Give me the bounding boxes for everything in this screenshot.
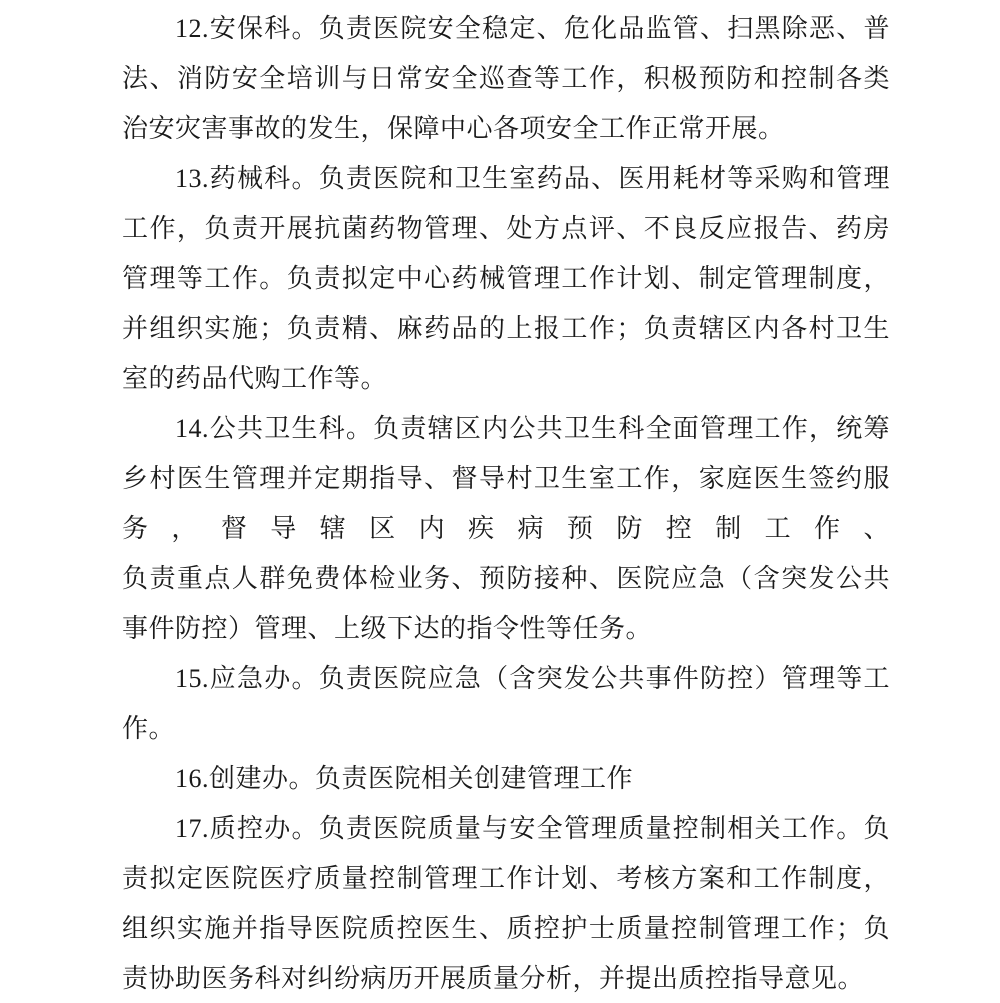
paragraph-item-13: 13.药械科。负责医院和卫生室药品、医用耗材等采购和管理工作，负责开展抗菌药物管…: [122, 154, 890, 404]
text-line: 并组织实施；负责精、麻药品的上报工作；负责辖区内各村卫生: [122, 304, 890, 354]
text-line: 组织实施并指导医院质控医生、质控护士质量控制管理工作；负: [122, 904, 890, 954]
text-line: 16.创建办。负责医院相关创建管理工作: [122, 754, 890, 804]
text-line: 务，督导辖区内疾病预防控制工作、流行病学的调查及健康宣传；: [122, 504, 890, 554]
paragraph-item-15: 15.应急办。负责医院应急（含突发公共事件防控）管理等工作。: [122, 654, 890, 754]
text-line: 乡村医生管理并定期指导、督导村卫生室工作，家庭医生签约服: [122, 454, 890, 504]
text-line: 事件防控）管理、上级下达的指令性等任务。: [122, 604, 890, 654]
text-line: 15.应急办。负责医院应急（含突发公共事件防控）管理等工: [122, 654, 890, 704]
paragraph-item-14: 14.公共卫生科。负责辖区内公共卫生科全面管理工作，统筹乡村医生管理并定期指导、…: [122, 404, 890, 654]
text-line: 责拟定医院医疗质量控制管理工作计划、考核方案和工作制度，: [122, 854, 890, 904]
text-line: 作。: [122, 704, 890, 754]
text-line: 工作，负责开展抗菌药物管理、处方点评、不良反应报告、药房: [122, 204, 890, 254]
text-line: 17.质控办。负责医院质量与安全管理质量控制相关工作。负: [122, 804, 890, 854]
text-line: 责协助医务科对纠纷病历开展质量分析，并提出质控指导意见。: [122, 954, 890, 1003]
text-line: 14.公共卫生科。负责辖区内公共卫生科全面管理工作，统筹: [122, 404, 890, 454]
text-line: 13.药械科。负责医院和卫生室药品、医用耗材等采购和管理: [122, 154, 890, 204]
document-page: 12.安保科。负责医院安全稳定、危化品监管、扫黑除恶、普法、消防安全培训与日常安…: [0, 0, 1000, 1003]
paragraph-item-12: 12.安保科。负责医院安全稳定、危化品监管、扫黑除恶、普法、消防安全培训与日常安…: [122, 4, 890, 154]
paragraph-item-16: 16.创建办。负责医院相关创建管理工作: [122, 754, 890, 804]
text-line: 治安灾害事故的发生，保障中心各项安全工作正常开展。: [122, 104, 890, 154]
text-line: 管理等工作。负责拟定中心药械管理工作计划、制定管理制度，: [122, 254, 890, 304]
text-line: 法、消防安全培训与日常安全巡查等工作，积极预防和控制各类: [122, 54, 890, 104]
text-line: 12.安保科。负责医院安全稳定、危化品监管、扫黑除恶、普: [122, 4, 890, 54]
text-line: 室的药品代购工作等。: [122, 354, 890, 404]
paragraph-item-17: 17.质控办。负责医院质量与安全管理质量控制相关工作。负责拟定医院医疗质量控制管…: [122, 804, 890, 1003]
text-line: 负责重点人群免费体检业务、预防接种、医院应急（含突发公共: [122, 554, 890, 604]
